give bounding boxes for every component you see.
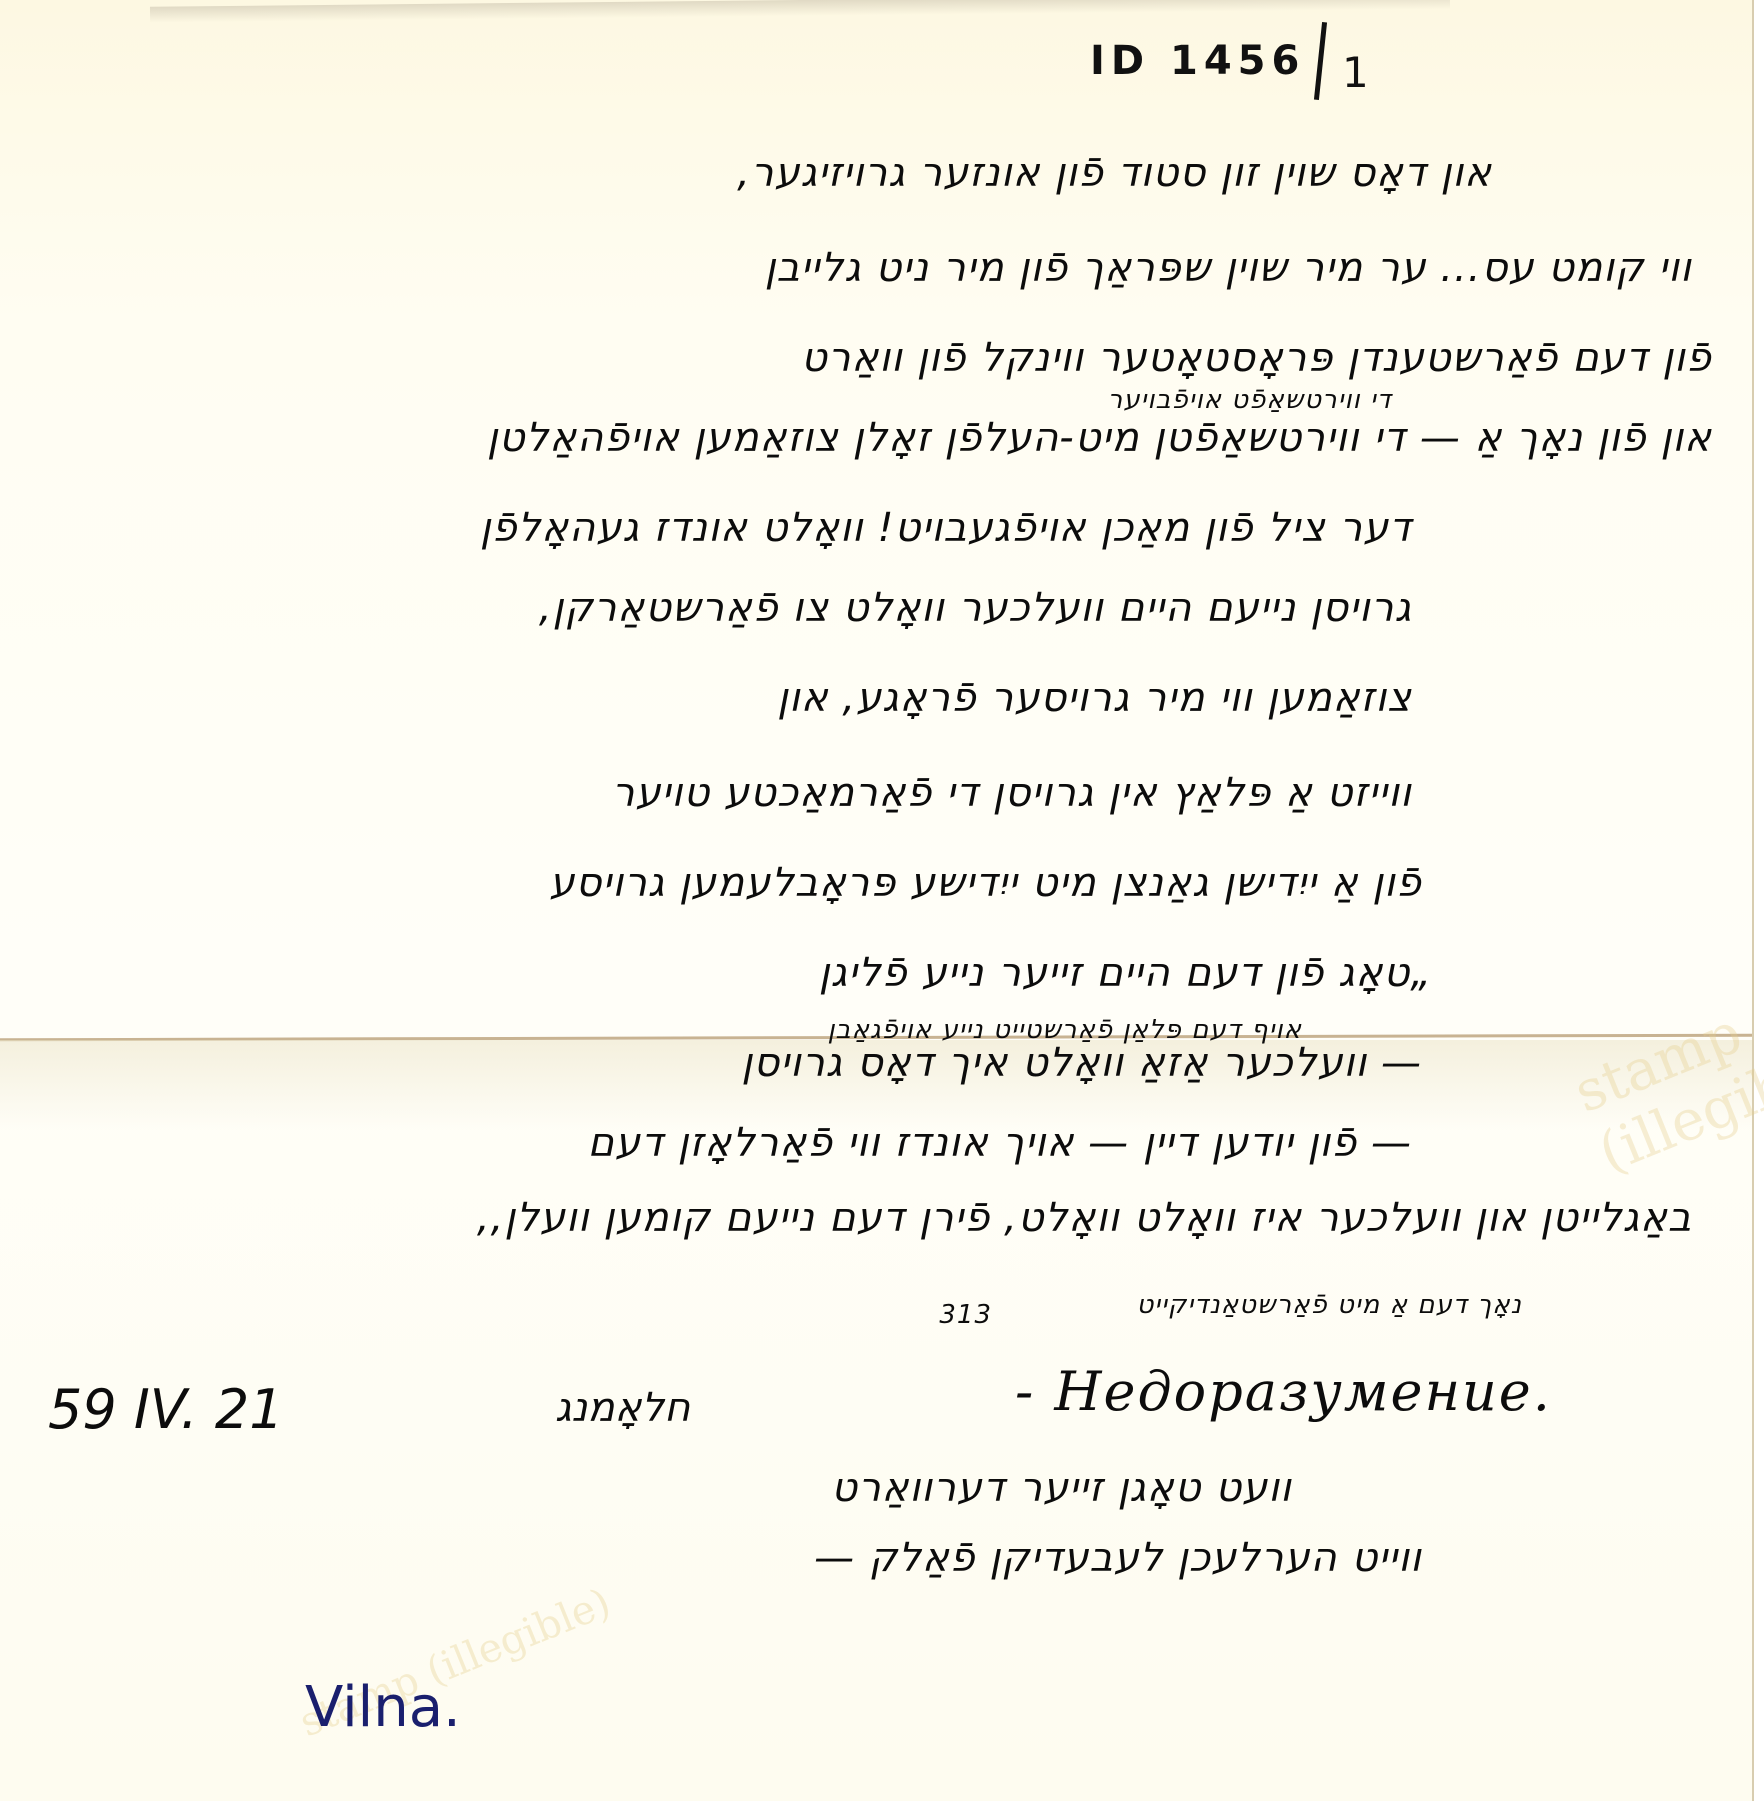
- cyrillic-word: - Недоразумение.: [1015, 1360, 1552, 1423]
- letter-line-10: „טאָג פֿון דעם היים זייער נייע פֿליגן: [819, 950, 1432, 996]
- letter-line-number: 313: [939, 1300, 992, 1330]
- letter-line-16: ווייט הערלעכן לעבעדיקן פֿאַלק —: [814, 1535, 1422, 1581]
- archive-separator: [1314, 22, 1327, 100]
- letter-line-12: — פֿון יודען דיין — אויך אונדז ווי פֿאַר…: [587, 1120, 1412, 1166]
- top-crease: [150, 0, 1450, 23]
- letter-line-8: ווייזט אַ פּלאַץ אין גרויסן די פֿאַרמאַכ…: [612, 770, 1412, 816]
- archive-page-number: 1: [1342, 48, 1369, 97]
- letter-line-3: פֿון דעם פֿאַרשטענדן פּראָסטאָטער ווינקל…: [801, 335, 1712, 381]
- vilna-annotation: Vilna.: [305, 1675, 461, 1740]
- letter-paper: stamp (illegible) stamp (illegible) ID 1…: [0, 0, 1754, 1801]
- letter-line-insertion-1: די ווירטשאַפֿט אויפֿבויער: [1108, 385, 1392, 415]
- letter-line-7: צוזאַמען ווי מיר גרויסער פֿראָגע, און: [777, 675, 1412, 721]
- letter-date: 59 IV. 21: [48, 1378, 284, 1441]
- archive-id: ID 1456: [1090, 38, 1305, 84]
- letter-line-11: — וועלכער אַזאַ וואָלט איך דאָס גרויסן: [741, 1040, 1422, 1086]
- letter-line-1: און דאָס שוין זון סטוד פֿון אונזער גרויז…: [737, 150, 1492, 196]
- letter-line-2: ווי קומט עס... ער מיר שוין שפּראַך פֿון …: [765, 245, 1692, 291]
- letter-line-6: גרויסן נייעם היים וועלכער וואָלט צו פֿאַ…: [539, 585, 1412, 631]
- letter-line-15: וועט טאָגן זייער דערוואַרט: [831, 1465, 1292, 1511]
- signature-word: חלאָמנג: [555, 1385, 690, 1431]
- faint-stamp-right: stamp (illegible): [1566, 964, 1764, 1186]
- letter-line-14: נאָך דעם אַ מיט פֿאַרשטאַנדיקייט: [1136, 1290, 1522, 1320]
- letter-line-4: און פֿון נאָך אַ — די ווירטשאַפֿטן מיט-ה…: [487, 415, 1712, 461]
- letter-line-13: באַגלייטן און וועלכער איז וואָלט וואָלט,…: [477, 1195, 1692, 1241]
- letter-line-9: פֿון אַ ייִדישן גאַנצן מיט ייִדישע פּראָ…: [549, 860, 1422, 906]
- letter-line-5: דער ציל פֿון מאַכן אויפֿגעבויט! וואָלט א…: [480, 505, 1412, 551]
